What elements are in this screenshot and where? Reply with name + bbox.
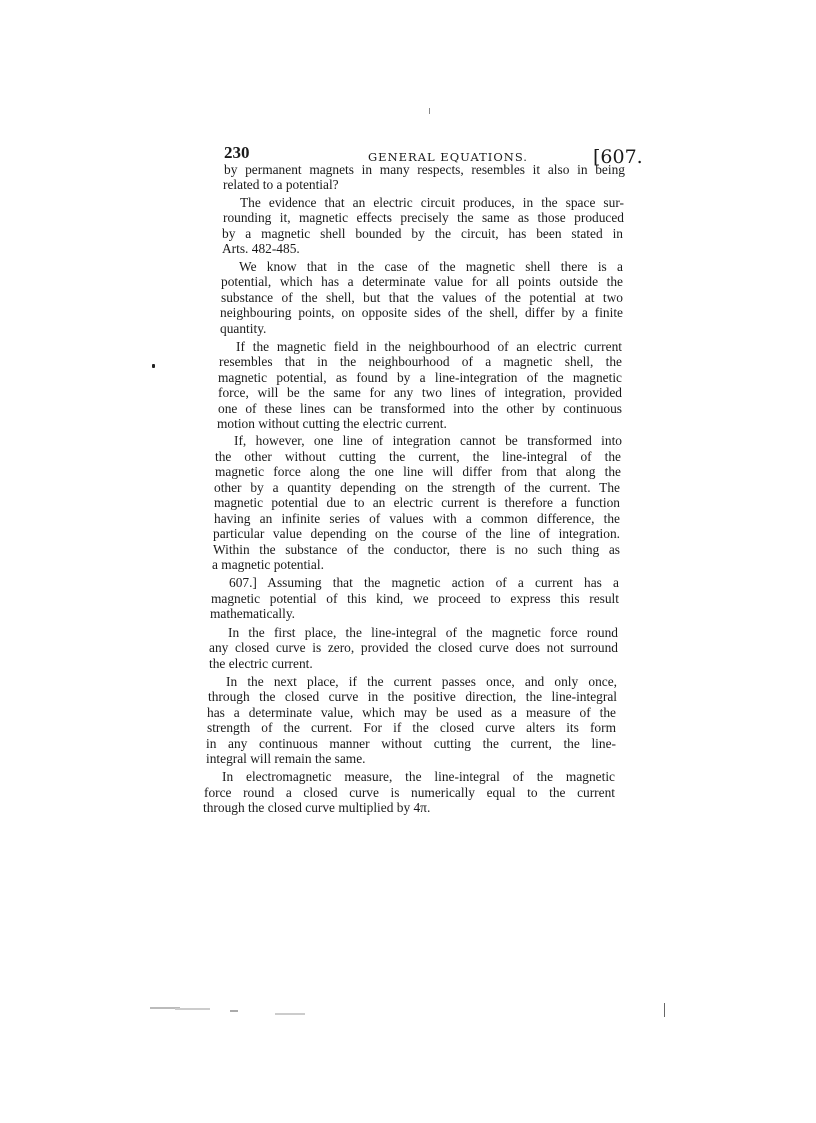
text-line: in any continuous manner without cutting… xyxy=(206,736,616,751)
text-line: Within the substance of the conductor, t… xyxy=(213,542,620,557)
scan-artifact xyxy=(230,1010,238,1012)
text-line: one of these lines can be transformed in… xyxy=(218,401,622,416)
margin-mark xyxy=(152,364,155,368)
text-line: The evidence that an electric circuit pr… xyxy=(240,195,624,210)
page-number: 230 xyxy=(224,143,250,163)
text-line: magnetic force along the one line will d… xyxy=(215,464,621,479)
text-line: having an infinite series of values with… xyxy=(214,511,620,526)
text-line: other by a quantity depending on the str… xyxy=(214,480,620,495)
text-line: the electric current. xyxy=(209,656,313,671)
text-line: rounding it, magnetic effects precisely … xyxy=(223,210,624,225)
scan-artifact xyxy=(175,1008,210,1010)
text-line: integral will remain the same. xyxy=(206,751,366,766)
text-line: the other without cutting the current, t… xyxy=(215,449,621,464)
text-line: neighbouring points, on opposite sides o… xyxy=(220,305,623,320)
text-line: In the first place, the line-integral of… xyxy=(228,625,618,640)
text-line: substance of the shell, but that the val… xyxy=(221,290,623,305)
text-line: a magnetic potential. xyxy=(212,557,324,572)
text-line: 607.] Assuming that the magnetic action … xyxy=(229,575,619,590)
text-line: particular value depending on the course… xyxy=(213,526,620,541)
text-line: any closed curve is zero, provided the c… xyxy=(209,640,618,655)
scanned-book-page: 230 GENERAL EQUATIONS. [607. by permanen… xyxy=(0,0,816,1123)
text-line: resembles that in the neighbourhood of a… xyxy=(219,354,622,369)
scan-edge-line xyxy=(664,1003,665,1017)
scan-speck xyxy=(429,108,430,114)
scan-artifact xyxy=(275,1013,305,1015)
text-line: Arts. 482-485. xyxy=(222,241,300,256)
text-line: mathematically. xyxy=(210,606,295,621)
text-line: by a magnetic shell bounded by the circu… xyxy=(222,226,623,241)
text-line: force round a closed curve is numericall… xyxy=(204,785,615,800)
text-line: by permanent magnets in many respects, r… xyxy=(224,162,625,177)
text-line: through the closed curve in the positive… xyxy=(208,689,617,704)
text-line: through the closed curve multiplied by 4… xyxy=(203,800,430,815)
text-line: magnetic potential, as found by a line-i… xyxy=(218,370,622,385)
text-line: strength of the current. For if the clos… xyxy=(207,720,616,735)
text-line: motion without cutting the electric curr… xyxy=(217,416,447,431)
text-line: magnetic potential of this kind, we proc… xyxy=(211,591,619,606)
text-line: In electromagnetic measure, the line-int… xyxy=(222,769,615,784)
text-line: magnetic potential due to an electric cu… xyxy=(214,495,620,510)
text-line: We know that in the case of the magnetic… xyxy=(239,259,623,274)
text-line: related to a potential? xyxy=(223,177,339,192)
text-line: In the next place, if the current passes… xyxy=(226,674,617,689)
text-line: potential, which has a determinate value… xyxy=(221,274,623,289)
text-line: force, will be the same for any two line… xyxy=(218,385,622,400)
text-line: If the magnetic field in the neighbourho… xyxy=(236,339,622,354)
text-line: If, however, one line of integration can… xyxy=(234,433,622,448)
text-line: has a determinate value, which may be us… xyxy=(207,705,616,720)
text-line: quantity. xyxy=(220,321,266,336)
